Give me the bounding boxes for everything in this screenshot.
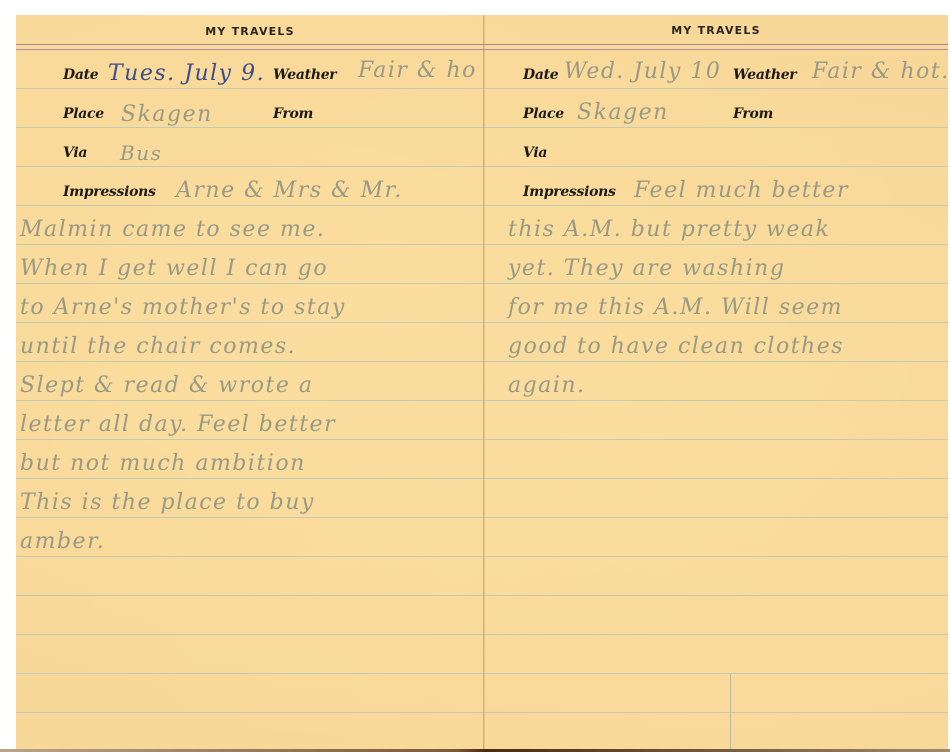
via-entry: Bus	[120, 141, 162, 165]
page-header: MY TRAVELS	[16, 25, 484, 38]
impressions-label: Impressions	[63, 184, 156, 200]
ruled-line	[16, 127, 484, 128]
place-entry: Skagen	[577, 100, 669, 125]
impressions-line: Malmin came to see me.	[20, 217, 325, 242]
ruled-line	[484, 205, 948, 206]
ruled-line	[484, 166, 948, 167]
date-entry: Tues. July 9.	[108, 61, 265, 86]
ruled-line	[16, 595, 484, 596]
ruled-line	[484, 400, 948, 401]
ruled-line	[484, 634, 948, 635]
ruled-line	[16, 166, 484, 167]
left-page: MY TRAVELS Date Tues. July 9. Weather Fa…	[16, 17, 484, 752]
via-label: Via	[63, 145, 87, 161]
ruled-line	[484, 361, 948, 362]
date-label: Date	[523, 67, 558, 83]
weather-entry: Fair & ho	[358, 58, 477, 83]
impressions-line: When I get well I can go	[20, 256, 328, 281]
ruled-line	[16, 556, 484, 557]
place-entry: Skagen	[121, 102, 213, 127]
ruled-line	[16, 478, 484, 479]
impressions-line: this A.M. but pretty weak	[508, 217, 830, 242]
ruled-line	[16, 244, 484, 245]
header-double-rule	[16, 44, 484, 50]
page-header: MY TRAVELS	[484, 24, 948, 37]
ruled-line	[484, 439, 948, 440]
ruled-line	[16, 712, 484, 713]
impressions-line: to Arne's mother's to stay	[20, 295, 346, 320]
right-page: MY TRAVELS Date Wed. July 10 Weather Fai…	[484, 15, 948, 750]
ruled-line	[484, 127, 948, 128]
impressions-line: This is the place to buy	[20, 490, 315, 515]
ruled-line	[16, 361, 484, 362]
ruled-line	[484, 478, 948, 479]
weather-label: Weather	[273, 67, 336, 83]
ruled-line	[16, 517, 484, 518]
impressions-first-line: Feel much better	[634, 178, 849, 203]
ruled-line	[484, 244, 948, 245]
impressions-line: yet. They are washing	[508, 256, 785, 281]
ruled-line	[484, 556, 948, 557]
ruled-line	[484, 712, 948, 713]
impressions-line: amber.	[20, 529, 105, 554]
ruled-line	[16, 439, 484, 440]
place-label: Place	[523, 106, 564, 122]
impressions-line: again.	[508, 373, 586, 398]
impressions-line: Slept & read & wrote a	[20, 373, 314, 398]
ruled-line	[16, 673, 484, 674]
date-label: Date	[63, 67, 98, 83]
ruled-line	[484, 517, 948, 518]
weather-entry: Fair & hot.	[812, 59, 948, 84]
weather-label: Weather	[733, 67, 796, 83]
impressions-label: Impressions	[523, 184, 616, 200]
impressions-line: for me this A.M. Will seem	[508, 295, 843, 320]
ruled-line	[484, 283, 948, 284]
ruled-line	[16, 88, 484, 89]
diary-spread: MY TRAVELS Date Tues. July 9. Weather Fa…	[16, 15, 948, 752]
impressions-line: until the chair comes.	[20, 334, 296, 359]
ruled-line	[16, 322, 484, 323]
ruled-line	[484, 322, 948, 323]
via-label: Via	[523, 145, 547, 161]
impressions-first-line: Arne & Mrs & Mr.	[176, 178, 403, 203]
ruled-line	[16, 283, 484, 284]
margin-line	[730, 673, 731, 750]
impressions-line: but not much ambition	[20, 451, 306, 476]
from-label: From	[733, 106, 773, 122]
ruled-line	[16, 205, 484, 206]
header-double-rule	[484, 44, 948, 50]
impressions-line: letter all day. Feel better	[20, 412, 336, 437]
ruled-line	[484, 595, 948, 596]
ruled-line	[16, 634, 484, 635]
ruled-line	[484, 88, 948, 89]
ruled-line	[16, 400, 484, 401]
date-entry: Wed. July 10	[564, 59, 721, 84]
from-label: From	[273, 106, 313, 122]
place-label: Place	[63, 106, 104, 122]
ruled-line	[484, 673, 948, 674]
impressions-line: good to have clean clothes	[508, 334, 844, 359]
